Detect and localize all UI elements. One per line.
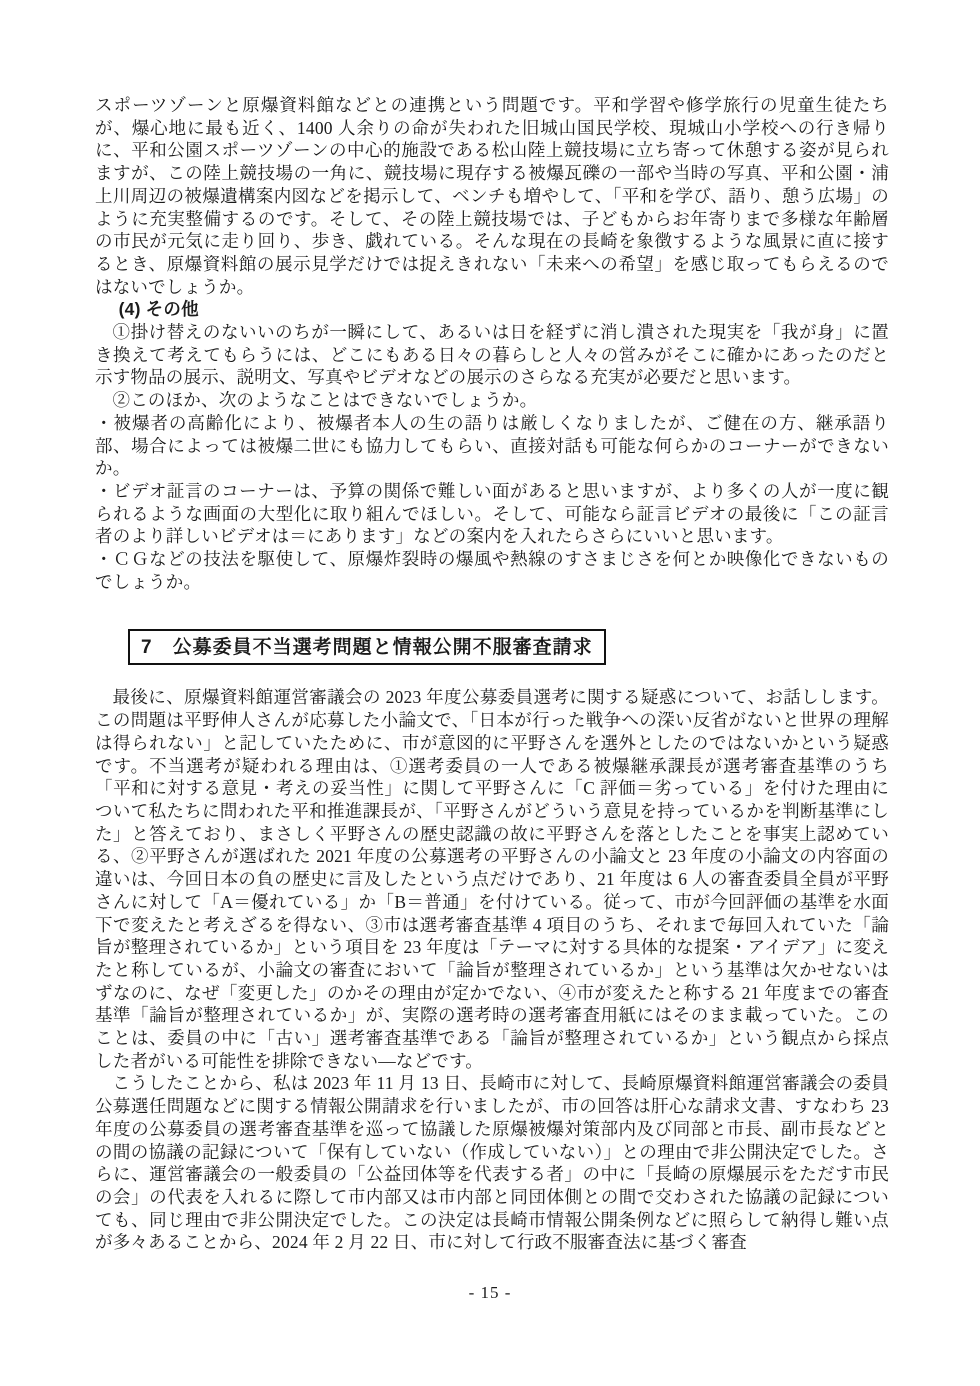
bullet-item-1: ・被爆者の高齢化により、被爆者本人の生の語りは厳しくなりましたが、ご健在の方、継…	[95, 412, 889, 480]
bullet-item-2: ・ビデオ証言のコーナーは、予算の関係で難しい面があると思いますが、より多くの人が…	[95, 480, 889, 548]
section-7-heading-box: 7 公募委員不当選考問題と情報公開不服審査請求	[128, 629, 606, 665]
intro-paragraph: スポーツゾーンと原爆資料館などとの連携という問題です。平和学習や修学旅行の児童生…	[95, 94, 889, 298]
bullet-item-3: ・ＣＧなどの技法を駆使して、原爆炸裂時の爆風や熱線のすさまじさを何とか映像化でき…	[95, 548, 889, 593]
subsection-heading-other: (4) その他	[119, 298, 889, 321]
document-page: スポーツゾーンと原爆資料館などとの連携という問題です。平和学習や修学旅行の児童生…	[0, 0, 980, 1386]
numbered-item-2: ②このほか、次のようなことはできないでしょうか。	[95, 389, 889, 412]
page-number: - 15 -	[0, 1283, 980, 1303]
section-7-heading-row: 7 公募委員不当選考問題と情報公開不服審査請求	[128, 629, 889, 665]
page-body: スポーツゾーンと原爆資料館などとの連携という問題です。平和学習や修学旅行の児童生…	[95, 94, 889, 1254]
section-7-paragraph-1: 最後に、原爆資料館運営審議会の 2023 年度公募委員選考に関する疑惑について、…	[95, 686, 889, 1072]
numbered-item-1: ①掛け替えのないいのちが一瞬にして、あるいは日を経ずに消し潰された現実を「我が身…	[95, 321, 889, 389]
section-7-paragraph-2: こうしたことから、私は 2023 年 11 月 13 日、長崎市に対して、長崎原…	[95, 1072, 889, 1254]
